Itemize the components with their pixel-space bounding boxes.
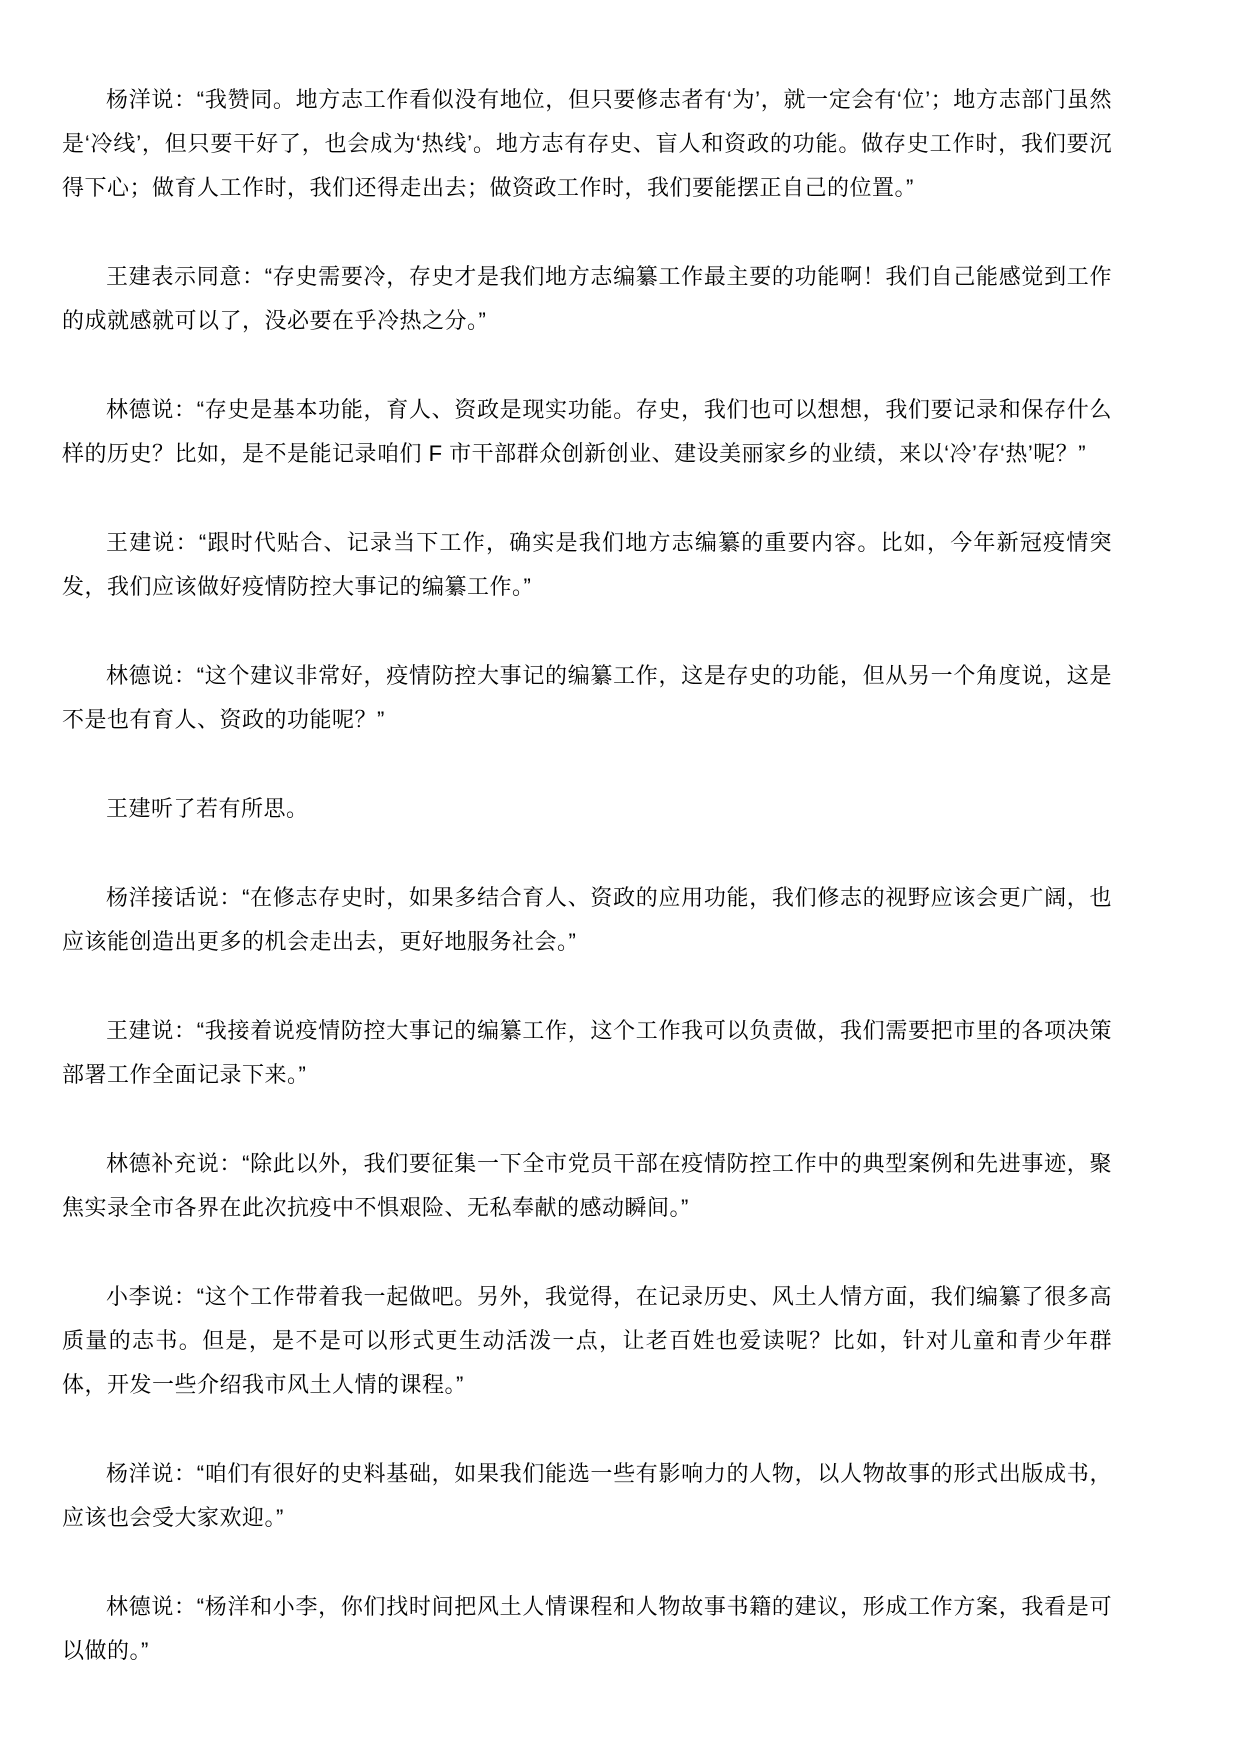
paragraph-wangjian-2: 王建说：“跟时代贴合、记录当下工作，确实是我们地方志编纂的重要内容。比如，今年新… — [62, 521, 1112, 609]
paragraph-wangjian-3: 王建说：“我接着说疫情防控大事记的编纂工作，这个工作我可以负责做，我们需要把市里… — [62, 1009, 1112, 1097]
paragraph-wangjian-1: 王建表示同意：“存史需要冷，存史才是我们地方志编纂工作最主要的功能啊！我们自己能… — [62, 255, 1112, 343]
paragraph-linde-4: 林德说：“杨洋和小李，你们找时间把风土人情课程和人物故事书籍的建议，形成工作方案… — [62, 1585, 1112, 1673]
paragraph-yangyang-1: 杨洋说：“我赞同。地方志工作看似没有地位，但只要修志者有‘为’，就一定会有‘位’… — [62, 78, 1112, 210]
paragraph-xiaoli-1: 小李说：“这个工作带着我一起做吧。另外，我觉得，在记录历史、风土人情方面，我们编… — [62, 1275, 1112, 1407]
document-page-body: { "page": { "background_color": "#ffffff… — [0, 0, 1240, 1754]
document-page: 杨洋说：“我赞同。地方志工作看似没有地位，但只要修志者有‘为’，就一定会有‘位’… — [0, 0, 1240, 1754]
paragraph-yangyang-3: 杨洋说：“咱们有很好的史料基础，如果我们能选一些有影响力的人物，以人物故事的形式… — [62, 1452, 1112, 1540]
paragraph-linde-3: 林德补充说：“除此以外，我们要征集一下全市党员干部在疫情防控工作中的典型案例和先… — [62, 1142, 1112, 1230]
paragraph-linde-2: 林德说：“这个建议非常好，疫情防控大事记的编纂工作，这是存史的功能，但从另一个角… — [62, 654, 1112, 742]
paragraph-linde-1: 林德说：“存史是基本功能，育人、资政是现实功能。存史，我们也可以想想，我们要记录… — [62, 388, 1112, 476]
paragraph-yangyang-2: 杨洋接话说：“在修志存史时，如果多结合育人、资政的应用功能，我们修志的视野应该会… — [62, 876, 1112, 964]
paragraph-narration: 王建听了若有所思。 — [62, 787, 1112, 831]
